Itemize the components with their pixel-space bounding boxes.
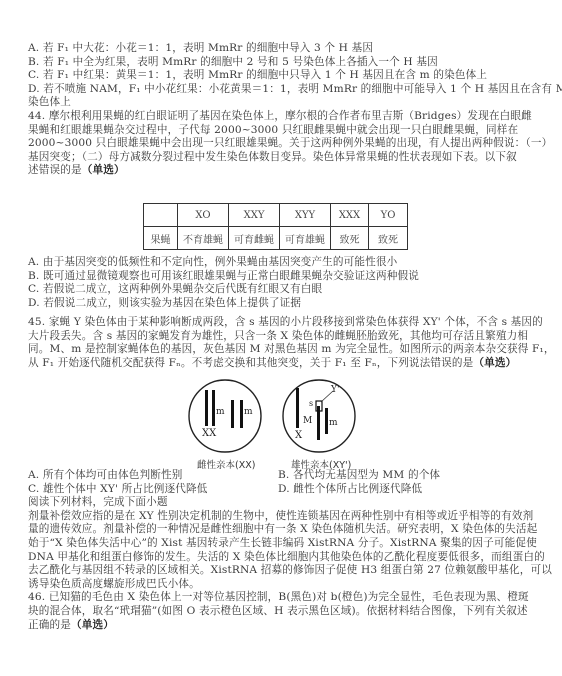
q44-stem-last: 述错误的是（单选） — [28, 164, 528, 178]
table-cell: XYY — [280, 204, 331, 227]
svg-text:XX: XX — [202, 428, 217, 439]
q45-options-row: A. 所有个体均可由体色判断性别 B. 各代均无基因型为 MM 的个体 — [28, 469, 528, 483]
q45-stem-line: 同。M、m 是控制家蝇体色的基因，灰色基因 M 对黑色基因 m 为完全显性。如图… — [28, 343, 528, 357]
q45-options: A. 所有个体均可由体色判断性别 B. 各代均无基因型为 MM 的个体 C. 雄… — [28, 469, 528, 632]
document-page: A. 若 F₁ 中大花：小花＝1：1，表明 MmRr 的细胞中导入 3 个 H … — [28, 42, 528, 178]
q44-option-d[interactable]: D. 若假说二成立，则该实验为基因在染色体上提供了证据 — [28, 297, 528, 311]
table-cell: 可育雄蝇 — [280, 227, 331, 250]
reading-line: 量的遗传效应。剂量补偿的一种情况是雌性细胞中有一条 X 染色体随机失活。研究表明… — [28, 523, 528, 537]
table-cell: YO — [369, 204, 408, 227]
q43-option-a[interactable]: A. 若 F₁ 中大花：小花＝1：1，表明 MmRr 的细胞中导入 3 个 H … — [28, 42, 528, 56]
reading-line: 剂量补偿效应指的是在 XY 性别决定机制的生物中，使性连锁基因在两种性别中有相等… — [28, 510, 528, 524]
q45-option-a[interactable]: A. 所有个体均可由体色判断性别 — [28, 469, 278, 483]
single-choice-tag: （单选） — [82, 164, 125, 176]
svg-text:m: m — [244, 407, 253, 417]
table-cell: 不育雄蝇 — [178, 227, 229, 250]
q44-options: A. 由于基因突变的低频性和不定向性，例外果蝇由基因突变产生的可能性很小 B. … — [28, 256, 528, 310]
table-cell: XXX — [331, 204, 369, 227]
q43-option-b[interactable]: B. 若 F₁ 中全为红果，表明 MmRr 的细胞中 2 号和 5 号染色体上各… — [28, 56, 528, 70]
q45-stem-text: 从 F₁ 开始逐代随机交配获得 Fₙ。不考虑交换和其他突变，关于 F₁ 至 Fₙ… — [28, 357, 473, 369]
q43-option-d-cont: 染色体上 — [28, 96, 528, 110]
table-cell: XO — [178, 204, 229, 227]
table-cell: XXY — [229, 204, 280, 227]
q45-option-c[interactable]: C. 雄性个体中 XY' 所占比例逐代降低 — [28, 483, 278, 497]
q44-stem-line: 基因突变；（二）母方减数分裂过程中发生染色体数目变异。染色体异常果蝇的性状表现如… — [28, 151, 528, 165]
q45-option-b[interactable]: B. 各代均无基因型为 MM 的个体 — [278, 469, 528, 483]
q45-stem: 45. 家蝇 Y 染色体由于某种影响断成两段，含 s 基因的小片段移接到常染色体… — [28, 316, 528, 370]
chromosome-diagram-icon: m m XX Y' s M m X — [185, 378, 365, 458]
q44-option-c[interactable]: C. 若假说二成立，这两种例外果蝇杂交后代既有红眼又有白眼 — [28, 283, 528, 297]
reading-line: 始于“X 染色体失活中心”的 Xist 基因转录产生长链非编码 XistRNA … — [28, 537, 528, 551]
q46-stem-last: 正确的是（单选） — [28, 619, 528, 633]
reading-intro: 阅读下列材料，完成下面小题 — [28, 496, 528, 510]
q46-stem-text: 正确的是 — [28, 619, 71, 631]
svg-text:M: M — [303, 416, 312, 426]
q44-stem-line: 44. 摩尔根利用果蝇的红白眼证明了基因在染色体上，摩尔根的合作者布里吉斯（Br… — [28, 110, 528, 124]
q45-stem-line: 45. 家蝇 Y 染色体由于某种影响断成两段，含 s 基因的小片段移接到常染色体… — [28, 316, 528, 330]
q45-stem-line: 大片段丢失。含 s 基因的家蝇发育为雄性，只含一条 X 染色体的雌蝇胚胎致死，其… — [28, 330, 528, 344]
svg-text:s: s — [309, 399, 313, 408]
svg-text:m: m — [329, 418, 338, 428]
q46-stem-line: 块的混合体，取名“玳瑁猫”(如图 O 表示橙色区域、H 表示黑色区域)。依据材料… — [28, 605, 528, 619]
q45-stem-last: 从 F₁ 开始逐代随机交配获得 Fₙ。不考虑交换和其他突变，关于 F₁ 至 Fₙ… — [28, 357, 528, 371]
q44-stem-line: 2000~3000 只白眼雄果蝇中会出现一只红眼雄果蝇。关于这两种例外果蝇的出现… — [28, 137, 528, 151]
table-cell: 致死 — [331, 227, 369, 250]
table-cell — [144, 204, 178, 227]
q44-option-b[interactable]: B. 既可通过显微镜观察也可用该红眼雄果蝇与正常白眼雌果蝇杂交验证这两种假说 — [28, 270, 528, 284]
table-cell: 可育雌蝇 — [229, 227, 280, 250]
table-header-row: XO XXY XYY XXX YO — [144, 204, 408, 227]
reading-line: DNA 甲基化和组蛋白修饰的发生。失活的 X 染色体比细胞内其他染色体的乙酰化程… — [28, 551, 528, 565]
q46-stem-line: 46. 已知猫的毛色由 X 染色体上一对等位基因控制，B(黑色)对 b(橙色)为… — [28, 591, 528, 605]
table-row: 果蝇 不育雄蝇 可育雌蝇 可育雄蝇 致死 致死 — [144, 227, 408, 250]
reading-line: 去乙酰化与基因组不转录的区域相关。XistRNA 招募的修饰因子促使 H3 组蛋… — [28, 564, 528, 578]
q44-stem-text: 述错误的是 — [28, 164, 82, 176]
q45-option-d[interactable]: D. 雌性个体所占比例逐代降低 — [278, 483, 528, 497]
single-choice-tag: （单选） — [71, 619, 114, 631]
svg-text:Y': Y' — [330, 385, 339, 395]
q43-option-d[interactable]: D. 若不喷施 NAM，F₁ 中小花红果：小花黄果＝1：1，表明 MmRr 的细… — [28, 83, 528, 97]
parent-chromosome-figure: m m XX Y' s M m X 雌性亲本(XX) 雄性亲本(XY') — [185, 378, 365, 468]
svg-text:m: m — [216, 407, 225, 417]
svg-text:X: X — [295, 430, 303, 441]
table-cell: 果蝇 — [144, 227, 178, 250]
q44-option-a[interactable]: A. 由于基因突变的低频性和不定向性，例外果蝇由基因突变产生的可能性很小 — [28, 256, 528, 270]
chromosome-abnormality-table: XO XXY XYY XXX YO 果蝇 不育雄蝇 可育雌蝇 可育雄蝇 致死 致… — [143, 203, 408, 250]
table-cell: 致死 — [369, 227, 408, 250]
q43-option-c[interactable]: C. 若 F₁ 中红果：黄果＝1：1，表明 MmRr 的细胞中只导入 1 个 H… — [28, 69, 528, 83]
single-choice-tag: （单选） — [473, 357, 516, 369]
reading-line: 诱导染色质高度螺旋形成巴氏小体。 — [28, 578, 528, 592]
q44-stem-line: 果蝇和红眼雄果蝇杂交过程中，子代每 2000~3000 只红眼雌果蝇中就会出现一… — [28, 124, 528, 138]
q45-options-row: C. 雄性个体中 XY' 所占比例逐代降低 D. 雌性个体所占比例逐代降低 — [28, 483, 528, 497]
